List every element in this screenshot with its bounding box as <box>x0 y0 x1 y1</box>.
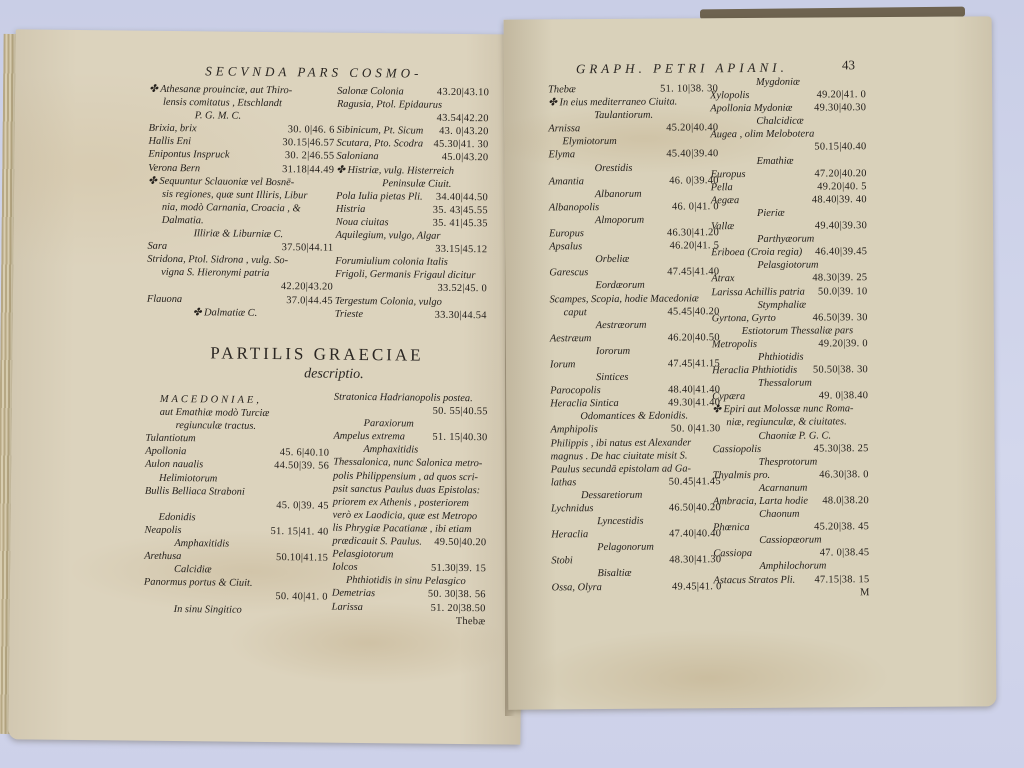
place-name: Eordæorum <box>595 279 644 292</box>
coordinates: 45. 6|40.10 <box>280 447 330 461</box>
place-name: Apollonia <box>145 445 186 459</box>
gazetteer-row: Elymiotorum <box>548 135 718 149</box>
place-name: Edonidis <box>159 511 196 524</box>
place-name: prædicauit S. Paulus. <box>332 535 422 549</box>
place-name: Amantia <box>549 175 584 188</box>
place-name: Stobi <box>551 555 572 568</box>
gazetteer-row: Chalcidicæ <box>710 114 866 128</box>
place-name: Peninsulæ Ciuit. <box>382 177 451 191</box>
place-name: Trieste <box>335 307 363 320</box>
place-name: Pella <box>711 181 733 194</box>
gazetteer-row: Taulantiorum. <box>548 108 718 122</box>
place-name: ✤ Histriæ, vulg. Histerreich <box>336 163 454 177</box>
gazetteer-row: Augea , olim Melobotera <box>710 128 866 142</box>
place-name: Iorum <box>550 358 575 371</box>
coordinates: 46.40|39.45 <box>815 245 867 258</box>
coordinates: 48.40|39. 40 <box>812 193 867 206</box>
gazetteer-row: Thebæ51. 10|38. 30 <box>548 82 718 96</box>
place-name: Scutara, Pto. Scodra <box>336 137 423 151</box>
place-name: Cassiopolis <box>713 443 762 456</box>
coordinates: 49.40|39.30 <box>815 219 867 232</box>
gazetteer-row: Aestræorum <box>550 318 720 332</box>
gazetteer-row: Aegæa48.40|39. 40 <box>711 193 867 207</box>
place-name: Ambracia, Larta hodie <box>713 495 808 509</box>
coordinates: 33.52|45. 0 <box>437 282 487 296</box>
gazetteer-row: Astacus Stratos Pli.47.15|38. 15 <box>713 573 869 587</box>
place-name: In sinu Singitico <box>174 603 242 617</box>
place-name: vigna S. Hieronymi patria <box>161 266 269 280</box>
coordinates: 37.50|44.11 <box>282 241 334 255</box>
gazetteer-row: Thyalmis pro.46.30|38. 0 <box>713 468 869 482</box>
gazetteer-row: Cassiopa47. 0|38.45 <box>713 547 869 561</box>
gazetteer-row: Estiotorum Thessaliæ pars <box>712 324 868 338</box>
place-name: Tulantiotum <box>145 432 195 446</box>
place-name: Atrax <box>711 273 734 286</box>
gazetteer-row: Philippis , ibi natus est Alexander <box>551 436 721 450</box>
coordinates: 46.30|38. 0 <box>819 468 869 481</box>
gazetteer-row: Phthiotidis <box>712 350 868 364</box>
right-column-1: Thebæ51. 10|38. 30✤ In eius mediterraneo… <box>548 82 722 594</box>
gazetteer-row: Scampes, Scopia, hodie Macedoniæ <box>550 292 720 306</box>
gazetteer-row: Parocopolis48.40|41.40 <box>550 383 720 397</box>
place-name: Dalmatia. <box>162 214 204 228</box>
place-name: Heraclia Phthiotidis <box>712 364 797 378</box>
place-name: Salonæ Colonia <box>337 85 404 99</box>
place-name: regiunculæ tractus. <box>176 419 257 433</box>
gazetteer-row: Cypæra49. 0|38.40 <box>712 389 868 403</box>
place-name: Apsalus <box>549 240 582 253</box>
place-name: Chaoniæ P. G. C. <box>758 429 831 443</box>
place-name: Amphipolis <box>550 424 597 437</box>
gazetteer-row: Iororum <box>550 344 720 358</box>
place-name: lensis comitatus , Etschlandt <box>163 96 282 110</box>
gazetteer-row: Mygdoniæ <box>710 75 866 89</box>
gazetteer-row: Apsalus46.20|41. 5 <box>549 239 719 253</box>
place-name: Garescus <box>549 266 588 279</box>
place-name: ✤ Epiri aut Molossæ nunc Roma- <box>712 403 853 417</box>
place-name: Thesprotorum <box>759 455 818 469</box>
gazetteer-row: 50.15|40.40 <box>710 141 866 155</box>
place-name: Illiriæ & Liburniæ C. <box>194 227 284 241</box>
coordinates: 50.15|40.40 <box>814 141 866 154</box>
gazetteer-row: ✤ In eius mediterraneo Ciuita. <box>548 95 718 109</box>
coordinates: 42.20|43.20 <box>281 281 333 295</box>
place-name: Neapolis <box>144 524 181 537</box>
coordinates: 33.15|45.12 <box>435 243 487 257</box>
gazetteer-row: Iorum47.45|41.15 <box>550 357 720 371</box>
coordinates: 45.30|41. 30 <box>433 138 488 152</box>
place-name: Sintices <box>596 371 628 384</box>
coordinates: 45.20|38. 45 <box>814 520 869 533</box>
coordinates: 30. 2|46.55 <box>285 150 335 164</box>
gazetteer-row: Ossa, Olyra49.45|41. 0 <box>552 580 722 594</box>
place-name: Hallis Eni <box>148 135 191 149</box>
gazetteer-row: Bisaltiæ <box>551 567 721 581</box>
place-name: Europus <box>711 168 746 181</box>
coordinates: 50.50|38. 30 <box>813 363 868 376</box>
gazetteer-row: niæ, regiunculæ, & ciuitates. <box>712 416 868 430</box>
place-name: Parocopolis <box>550 384 601 397</box>
place-name: Cypæra <box>712 390 745 403</box>
place-name: Bisaltiæ <box>597 567 631 580</box>
gazetteer-row: Acarnanum <box>713 481 869 495</box>
place-name: Bullis Belliaca Straboni <box>145 484 245 498</box>
coordinates: 48.0|38.20 <box>822 494 869 507</box>
gazetteer-row: Amphipolis50. 0|41.30 <box>550 423 720 437</box>
place-name: Amphaxitidis <box>363 443 418 457</box>
place-name: Heraclia <box>551 528 588 541</box>
gazetteer-row: Xylopolis49.20|41. 0 <box>710 88 866 102</box>
place-name: Ampelus extrema <box>333 430 405 444</box>
gazetteer-row: ✤ Epiri aut Molossæ nunc Roma- <box>712 403 868 417</box>
place-name: Eriboea (Croia regia) <box>711 246 802 260</box>
open-book: SECVNDA PARS COSMO- ✤ Athesanæ prouinciæ… <box>0 0 1024 768</box>
coordinates: 50.10|41.15 <box>276 551 328 565</box>
gazetteer-row: lathas50.45|41.45 <box>551 475 721 489</box>
gazetteer-row: Thesprotorum <box>713 455 869 469</box>
coordinates: 45.0|43.20 <box>442 151 489 165</box>
place-name: caput <box>564 306 587 319</box>
gazetteer-row: Garescus47.45|41.40 <box>549 266 719 280</box>
gazetteer-row: Pelasgiotorum <box>711 258 867 272</box>
right-running-head: GRAPH. PETRI APIANI. <box>576 60 788 77</box>
place-name: Aulon naualis <box>145 458 203 472</box>
coordinates: 35. 43|45.55 <box>433 204 488 218</box>
gazetteer-row: Heraclia47.40|40.40 <box>551 527 721 541</box>
place-name: Heraclia Sintica <box>550 397 618 411</box>
coordinates: 33.30|44.54 <box>435 308 487 322</box>
place-name: Larissa Achillis patria <box>711 285 804 299</box>
place-name: Brixia, brix <box>149 122 197 136</box>
place-name: Aegæa <box>711 194 739 207</box>
gazetteer-row: Stobi48.30|41.30 <box>551 554 721 568</box>
place-name: aut Emathiæ modò Turciæ <box>160 406 270 420</box>
place-name: Dessaretiorum <box>581 489 642 503</box>
gazetteer-row: Gyrtona, Gyrto46.50|39. 30 <box>712 311 868 325</box>
gazetteer-row: In sinu Singitico <box>144 602 328 617</box>
place-name: Iolcos <box>332 561 358 574</box>
place-name: Demetrias <box>332 587 375 601</box>
coordinates: 47. 0|38.45 <box>820 547 870 560</box>
place-name: Lychnidus <box>551 502 593 515</box>
place-name: Arethusa <box>144 550 181 563</box>
coordinates: 47.20|40.20 <box>814 167 866 180</box>
gazetteer-row: Almoporum <box>549 213 719 227</box>
place-name: Odomantices & Edonidis. <box>580 410 688 424</box>
coordinates: 45. 0|39. 45 <box>276 499 329 513</box>
gazetteer-row: Europus46.30|41.20 <box>549 226 719 240</box>
gazetteer-row: Pella49.20|40. 5 <box>711 180 867 194</box>
place-name: Xylopolis <box>710 89 749 102</box>
place-name: Thebæ <box>548 83 576 96</box>
coordinates: Thebæ <box>456 615 486 628</box>
place-name: MACEDONIAE, <box>160 393 262 407</box>
place-name: ✤ Dalmatiæ C. <box>193 306 258 320</box>
left-column-4: Stratonica Hadrianopolis postea.50. 55|4… <box>331 391 487 628</box>
place-name: Pelasgiotorum <box>757 259 818 273</box>
coordinates: 44.50|39. 56 <box>274 460 329 474</box>
coordinates: 49.20|39. 0 <box>818 337 868 350</box>
place-name: Thyalmis pro. <box>713 469 770 482</box>
coordinates: 37.0|44.45 <box>286 294 333 308</box>
gazetteer-row: Lychnidus46.50|40.20 <box>551 501 721 515</box>
coordinates: 51.30|39. 15 <box>431 562 486 576</box>
place-name: Almoporum <box>595 214 644 227</box>
left-page: SECVNDA PARS COSMO- ✤ Athesanæ prouinciæ… <box>8 29 527 744</box>
coordinates: M <box>860 586 870 599</box>
place-name: Chaonum <box>759 508 800 521</box>
gazetteer-row: Albanopolis46. 0|41. 0 <box>549 200 719 214</box>
gazetteer-row: Sintices <box>550 370 720 384</box>
gazetteer-row: Orestidis <box>549 161 719 175</box>
place-name: Sara <box>147 240 167 253</box>
gazetteer-row: Chaonum <box>713 507 869 521</box>
coordinates: 46.50|39. 30 <box>813 311 868 324</box>
coordinates: 43.54|42.20 <box>437 112 489 126</box>
place-name: Ragusia, Ptol. Epidaurus <box>337 98 442 112</box>
place-name: Sibinicum, Pt. Sicum <box>337 124 424 138</box>
place-name: magnus . De hac ciuitate misit S. <box>551 449 688 463</box>
coordinates: 47.15|38. 15 <box>814 573 869 586</box>
place-name: Elymiotorum <box>562 135 616 148</box>
place-name: Gyrtona, Gyrto <box>712 312 776 326</box>
place-name: Helimiotorum <box>159 471 217 485</box>
gazetteer-row: Atrax48.30|39. 25 <box>711 272 867 286</box>
gazetteer-row: Europus47.20|40.20 <box>711 167 867 181</box>
gazetteer-row: Amantia46. 0|39.40 <box>549 174 719 188</box>
place-name: Aquilegium, vulgo, Algar <box>336 229 441 243</box>
gazetteer-row: Vallæ49.40|39.30 <box>711 219 867 233</box>
coordinates: 49.30|40.30 <box>814 101 866 114</box>
gazetteer-row: Amphilochorum <box>713 560 869 574</box>
gazetteer-row: Cassiopolis45.30|38. 25 <box>713 442 869 456</box>
gazetteer-row: Paulus secundā epistolam ad Ga- <box>551 462 721 476</box>
place-name: Elyma <box>549 149 576 162</box>
coordinates: 30.15|46.57 <box>282 137 334 151</box>
place-name: Arnissa <box>548 122 580 135</box>
place-name: Pieriæ <box>757 207 785 220</box>
gazetteer-row: Heraclia Sintica49.30|41.40 <box>550 396 720 410</box>
left-column-2: Salonæ Colonia43.20|43.10Ragusia, Ptol. … <box>335 85 489 322</box>
place-name: Orestidis <box>595 161 633 174</box>
coordinates: 30. 0|46. 6 <box>288 123 335 137</box>
place-name: ✤ In eius mediterraneo Ciuita. <box>548 96 677 110</box>
gazetteer-row: Arnissa45.20|40.40 <box>548 121 718 135</box>
coordinates: 51. 15|40.30 <box>432 431 487 445</box>
place-name: Histria <box>336 203 366 216</box>
coordinates: 49. 0|38.40 <box>819 389 869 402</box>
gazetteer-row: Ambracia, Larta hodie48.0|38.20 <box>713 494 869 508</box>
coordinates: 43. 0|43.20 <box>439 125 489 139</box>
gazetteer-row: Orbeliæ <box>549 252 719 266</box>
gazetteer-row: Emathiæ <box>711 154 867 168</box>
left-running-head: SECVNDA PARS COSMO- <box>205 63 422 81</box>
gazetteer-row: Apollonia Mydoniæ49.30|40.30 <box>710 101 866 115</box>
place-name: Paraxiorum <box>364 417 414 431</box>
place-name: Amphilochorum <box>759 560 826 574</box>
place-name: Scampes, Scopia, hodie Macedoniæ <box>550 292 699 306</box>
place-name: Estiotorum Thessaliæ pars <box>742 324 854 338</box>
gazetteer-row: Chaoniæ P. G. C. <box>712 429 868 443</box>
gazetteer-row: Elyma45.40|39.40 <box>549 148 719 162</box>
gazetteer-row: Albanorum <box>549 187 719 201</box>
coordinates: 50.0|39. 10 <box>818 285 868 298</box>
place-name: Paulus secundā epistolam ad Ga- <box>551 462 691 476</box>
coordinates: 49.50|40.20 <box>434 536 486 550</box>
place-name: Europus <box>549 227 584 240</box>
gazetteer-row: Cassiopæorum <box>713 533 869 547</box>
place-name: Emathiæ <box>757 154 794 167</box>
gazetteer-row: Metropolis49.20|39. 0 <box>712 337 868 351</box>
gazetteer-row: Eriboea (Croia regia)46.40|39.45 <box>711 245 867 259</box>
place-name: niæ, regiunculæ, & ciuitates. <box>726 416 846 430</box>
gazetteer-row: Lyncestidis <box>551 514 721 528</box>
place-name: Enipontus Inspruck <box>148 148 229 162</box>
place-name: Iororum <box>596 345 630 358</box>
coordinates: 51. 20|38.50 <box>431 601 486 615</box>
left-column-3: MACEDONIAE,aut Emathiæ modò Turciæregiun… <box>144 393 330 618</box>
section-title: PARTILIS GRAECIAE <box>210 343 423 365</box>
coordinates: 50. 55|40.55 <box>433 405 488 419</box>
gazetteer-row: Aestræum46.20|40.50 <box>550 331 720 345</box>
coordinates: 31.18|44.49 <box>282 163 334 177</box>
place-name: Orbeliæ <box>595 253 629 266</box>
place-name: Verona Bern <box>148 161 200 175</box>
section-subtitle: descriptio. <box>304 366 364 383</box>
place-name: Phœnica <box>713 521 749 534</box>
coordinates: 49.20|41. 0 <box>817 88 867 101</box>
place-name: Thessalorum <box>758 377 812 390</box>
place-name: Forumiulium colonia Italis <box>335 255 448 269</box>
coordinates: 50. 40|41. 0 <box>275 590 328 604</box>
gazetteer-row: Eordæorum <box>549 279 719 293</box>
right-column-2: MygdoniæXylopolis49.20|41. 0Apollonia My… <box>710 75 870 600</box>
place-name: Philippis , ibi natus est Alexander <box>551 436 692 450</box>
coordinates: 50. 30|38. 56 <box>428 588 486 602</box>
place-name: Apollonia Mydoniæ <box>710 102 792 116</box>
place-name: lathas <box>551 476 576 489</box>
gazetteer-row: caput45.45|40.20 <box>550 305 720 319</box>
place-name: Pelasgiotorum <box>332 548 393 562</box>
place-name: Phthiotidis in sinu Pelasgico <box>346 574 466 588</box>
gazetteer-row: Thessalorum <box>712 376 868 390</box>
place-name: Saloniana <box>336 150 378 164</box>
place-name: Pelagonorum <box>597 541 654 554</box>
coordinates: 35. 41|45.35 <box>433 217 488 231</box>
gazetteer-row: Trieste33.30|44.54 <box>335 307 487 322</box>
place-name: Stymphaliæ <box>758 298 807 311</box>
place-name: Cassiopæorum <box>759 534 821 548</box>
place-name: Astacus Stratos Pli. <box>713 573 795 587</box>
gazetteer-row: ✤ Dalmatiæ C. <box>147 305 333 320</box>
page-number: 43 <box>842 57 855 73</box>
place-name: Cassiopa <box>713 547 752 560</box>
place-name: Noua ciuitas <box>336 216 389 230</box>
place-name: Aestræum <box>550 332 592 345</box>
place-name: Lyncestidis <box>597 515 644 528</box>
coordinates: 34.40|44.50 <box>436 190 488 204</box>
coordinates: 48.30|39. 25 <box>812 272 867 285</box>
gazetteer-row: magnus . De hac ciuitate misit S. <box>551 449 721 463</box>
place-name: Aestræorum <box>596 318 647 331</box>
gazetteer-row: M <box>714 586 870 600</box>
gazetteer-row: Dessaretiorum <box>551 488 721 502</box>
place-name: Phthiotidis <box>758 351 804 364</box>
coordinates: 49.20|40. 5 <box>817 180 867 193</box>
place-name: Albanorum <box>595 188 642 201</box>
gazetteer-row: Heraclia Phthiotidis50.50|38. 30 <box>712 363 868 377</box>
place-name: Calcidiæ <box>174 563 212 576</box>
gazetteer-row: Pieriæ <box>711 206 867 220</box>
place-name: Metropolis <box>712 338 757 351</box>
place-name: Parthyæorum <box>757 233 814 246</box>
place-name: Amphaxitidis <box>174 537 229 551</box>
gazetteer-row: Larissa Achillis patria50.0|39. 10 <box>711 285 867 299</box>
coordinates: 51. 15|41. 40 <box>270 525 328 539</box>
left-column-1: ✤ Athesanæ prouinciæ, aut Thiro-lensis c… <box>147 83 335 321</box>
place-name: Mygdoniæ <box>756 76 800 89</box>
place-name: Panormus portus & Ciuit. <box>144 576 253 590</box>
place-name: Tergestum Colonia, vulgo <box>335 294 442 308</box>
coordinates: 45.30|38. 25 <box>814 442 869 455</box>
place-name: P. G. M. C. <box>195 109 241 123</box>
place-name: Pola Iulia pietas Pli. <box>336 189 423 203</box>
place-name: Chalcidicæ <box>756 115 803 128</box>
place-name: Augea , olim Melobotera <box>710 128 814 142</box>
place-name: Acarnanum <box>759 482 808 495</box>
place-name: Ossa, Olyra <box>552 581 602 594</box>
place-name: Flauona <box>147 292 182 305</box>
gazetteer-row: Stymphaliæ <box>712 298 868 312</box>
place-name: Taulantiorum. <box>594 109 653 123</box>
place-name: Vallæ <box>711 220 734 233</box>
coordinates: 43.20|43.10 <box>437 86 489 100</box>
place-name: Albanopolis <box>549 201 599 214</box>
gazetteer-row: Phœnica45.20|38. 45 <box>713 520 869 534</box>
gazetteer-row: Thebæ <box>331 613 485 628</box>
gazetteer-row: Odomantices & Edonidis. <box>550 410 720 424</box>
gazetteer-row: Pelagonorum <box>551 540 721 554</box>
place-name: Larissa <box>332 600 363 613</box>
right-page: GRAPH. PETRI APIANI. 43 Thebæ51. 10|38. … <box>504 16 997 709</box>
gazetteer-row: Parthyæorum <box>711 232 867 246</box>
